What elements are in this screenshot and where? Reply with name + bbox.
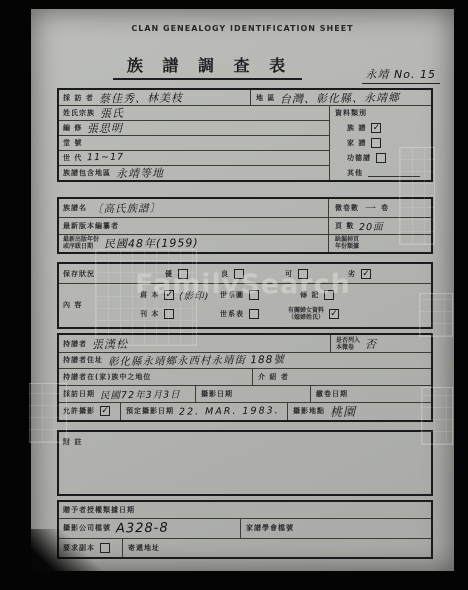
field-label: 採訪日期 [63,389,95,399]
section-holder-dates: 持譜者 張漢松 是否列入 本微卷 否 持譜者住址 彰化縣永靖鄉永西村永靖街 18… [57,333,433,422]
field-label: 地 區 [256,93,275,103]
field-label: 介 紹 者 [258,372,289,382]
field-interview-date: 採訪日期 民國72年3月3日 [63,385,181,402]
field-value-handwriting: 〔高氏族譜〕 [92,200,161,216]
option-label: 有關婦女資料 （媳婦姓氏） [288,307,324,321]
field-book-title: 族譜名 〔高氏族譜〕 [63,199,161,217]
checkbox [376,153,386,163]
content-option-biography: 傳 記 [300,286,334,304]
option-label: 可 [285,269,293,279]
field-label: 頁 數 [335,221,354,231]
checkbox [371,138,381,148]
option-label: 其他 [347,168,363,178]
condition-label: 保存狀況 [63,264,95,283]
checkbox [249,309,259,319]
label-line1: 是否列入 [336,337,360,344]
label-line1: 最新出版年份 [63,236,99,243]
unit-label: 卷 [381,203,389,213]
embossed-seal-left-bottom [29,383,67,443]
field-in-film: 是否列入 本微卷 否 [336,335,377,352]
field-pages: 頁 數 20面 [335,217,384,234]
checkbox [298,269,308,279]
divider [59,538,431,539]
field-label: 家譜學會檔號 [246,523,294,533]
field-value-handwriting: 20面 [359,218,384,232]
field-missing-pages: 缺漏掉頁 年份類據 [335,234,364,252]
field-label: 寄遞地址 [128,543,160,553]
category-option-gongdepu: 功德譜 [347,150,386,165]
field-label: 是否列入 本微卷 [336,337,360,351]
divider [240,518,241,538]
field-generations: 世 代 11~17 [63,150,125,165]
field-value-handwriting: 一 [364,200,376,216]
option-label: 世系圖 [220,290,244,300]
section-basic-info: 採 訪 者 蔡佳秀、林美枝 地 區 台灣、彰化縣、永靖鄉 姓氏宗族 張氏 編 修… [57,88,433,182]
field-value-handwriting: 永靖等地 [116,164,164,181]
field-reels: 微卷數 一 卷 [335,199,389,217]
field-mail-address: 寄遞地址 [128,538,165,557]
label-line2: 本微卷 [336,344,354,351]
field-society-number: 家譜學會檔號 [246,518,299,538]
content-option-pedigree-table: 世系表 [220,305,259,323]
option-label: 功德譜 [347,153,371,163]
checkbox: ✓ [361,269,371,279]
divider [328,199,329,252]
field-label: 堂 號 [63,138,82,148]
field-holder-address: 持譜者住址 彰化縣永靖鄉永西村永靖街 188號 [63,352,285,368]
field-label: 世 代 [63,153,82,163]
field-label: 編 修 [63,123,82,133]
section-office-use: 贈予者授權類據日期 攝影公司檔號 A328-8 家譜學會檔號 要求副本 寄遞地址 [57,500,433,559]
photo-background: CLAN GENEALOGY IDENTIFICATION SHEET 族 譜 … [0,0,468,590]
field-label: 持譜者在(家)族中之地位 [63,372,151,382]
field-value-handwriting: 張思明 [87,119,123,136]
field-label: 採 訪 者 [63,93,94,103]
checkbox [249,290,259,300]
field-value-handwriting: 民國72年3月3日 [100,386,181,401]
option-label: 劣 [348,269,356,279]
field-label: 族譜包含地區 [63,168,111,178]
field-label: 預定攝影日期 [126,406,174,416]
field-value-handwriting: 張氏 [100,104,124,120]
divider [122,538,123,557]
field-introducer: 介 紹 者 [258,368,294,385]
label-line2: 年份類據 [335,243,359,250]
field-interviewer: 採 訪 者 蔡佳秀、林美枝 [63,90,183,105]
embossed-seal-right-bottom [421,387,453,445]
field-value-handwriting: A328-8 [116,520,169,536]
field-label: 攝影日期 [201,389,233,399]
sheet-title-wrap: 族 譜 調 查 表 [31,53,384,80]
option-label: 族 譜 [347,123,366,133]
field-value-handwriting: 彰化縣永靖鄉永西村永靖街 188號 [108,351,285,368]
field-label: 微卷數 [335,203,359,213]
field-label: 攝影地點 [293,406,325,416]
field-coverage: 族譜包含地區 永靖等地 [63,165,164,180]
field-label: 姓氏宗族 [63,108,95,118]
field-label: 持譜者住址 [63,355,103,365]
field-label: 最新版本編纂者 [63,221,119,231]
field-label: 最新出版年份 或序跋日期 [63,236,99,250]
field-value-handwriting: 台灣、彰化縣、永靖鄉 [280,89,400,107]
divider [330,335,331,352]
field-holder-position: 持譜者在(家)族中之地位 [63,368,156,385]
field-value-handwriting: 桃園 [330,402,356,419]
divider [195,385,196,402]
checkbox: ✓ [371,123,381,133]
field-surname: 姓氏宗族 張氏 [63,105,124,120]
category-header: 資料類別 [335,106,367,119]
divider [329,105,330,180]
embossed-seal-right-top [399,147,435,245]
film-number-note: 永靖 No. 15 [362,63,440,84]
field-value-handwriting: 11~17 [87,152,124,164]
field-label: 缺漏掉頁 年份類據 [335,236,359,250]
field-latest-compiler: 最新版本編纂者 [63,217,124,234]
field-label: 贈予者授權類據日期 [63,505,135,515]
field-submit-date: 繳卷日期 [316,385,353,402]
field-scheduled-date: 預定攝影日期 22. MAR. 1983. [126,402,280,420]
field-film-date: 攝影日期 [201,385,238,402]
field-value-handwriting: 22. MAR. 1983. [179,405,280,417]
film-number-handwriting: 永靖 No. 15 [366,68,436,81]
option-label: 傳 記 [300,290,319,300]
content-option-women-data: 有關婦女資料 （媳婦姓氏） ✓ [288,304,339,324]
sheet-title: 族 譜 調 查 表 [113,53,302,80]
checkbox [234,269,244,279]
section-notes: 附 註 [57,430,433,496]
checkbox: ✓ [100,406,110,416]
label-line2: （媳婦姓氏） [288,314,324,321]
checkbox [324,290,334,300]
field-film-place: 攝影地點 桃園 [293,402,356,420]
genealogy-sheet: CLAN GENEALOGY IDENTIFICATION SHEET 族 譜 … [31,9,454,571]
field-value-handwriting: 蔡佳秀、林美枝 [99,89,183,106]
divider [250,90,251,105]
field-compiler: 編 修 張思明 [63,120,123,135]
label-line1: 有關婦女資料 [288,307,324,314]
divider [252,368,253,385]
section-book-info: 族譜名 〔高氏族譜〕 微卷數 一 卷 最新版本編纂者 頁 數 20面 最新出版年… [57,197,433,254]
field-label: 持譜者 [63,339,87,349]
condition-option-good: 良 [221,264,244,283]
corner-shadow [31,529,111,571]
field-label: 保存狀況 [63,269,95,279]
field-area: 地 區 台灣、彰化縣、永靖鄉 [256,90,400,105]
field-label: 族譜名 [63,203,87,213]
field-permission: 允許攝影 ✓ [63,402,110,420]
category-option-zupu: 族 譜 ✓ [347,120,381,135]
divider [287,402,288,420]
embossed-seal-left [95,249,197,346]
english-header: CLAN GENEALOGY IDENTIFICATION SHEET [31,24,454,33]
option-label: 良 [221,269,229,279]
content-label: 內 容 [63,283,82,327]
embossed-seal-right-middle [419,293,453,337]
option-label: 世系表 [220,309,244,319]
field-label: 繳卷日期 [316,389,348,399]
label-line2: 或序跋日期 [63,243,93,250]
field-label: 資料類別 [335,108,367,118]
content-option-pedigree-chart: 世系圖 [220,286,259,304]
field-label: 允許攝影 [63,406,95,416]
checkbox: ✓ [329,309,339,319]
label-line1: 缺漏掉頁 [335,236,359,243]
divider [310,385,311,402]
field-donor-date: 贈予者授權類據日期 [63,502,140,518]
condition-option-poor: 劣 ✓ [348,264,371,283]
category-option-jiapu: 家 譜 [347,135,381,150]
divider [120,402,121,420]
option-label: 家 譜 [347,138,366,148]
field-hall: 堂 號 [63,135,87,150]
condition-option-fair: 可 [285,264,308,283]
field-label: 內 容 [63,300,82,310]
field-value-handwriting: 否 [365,335,377,351]
